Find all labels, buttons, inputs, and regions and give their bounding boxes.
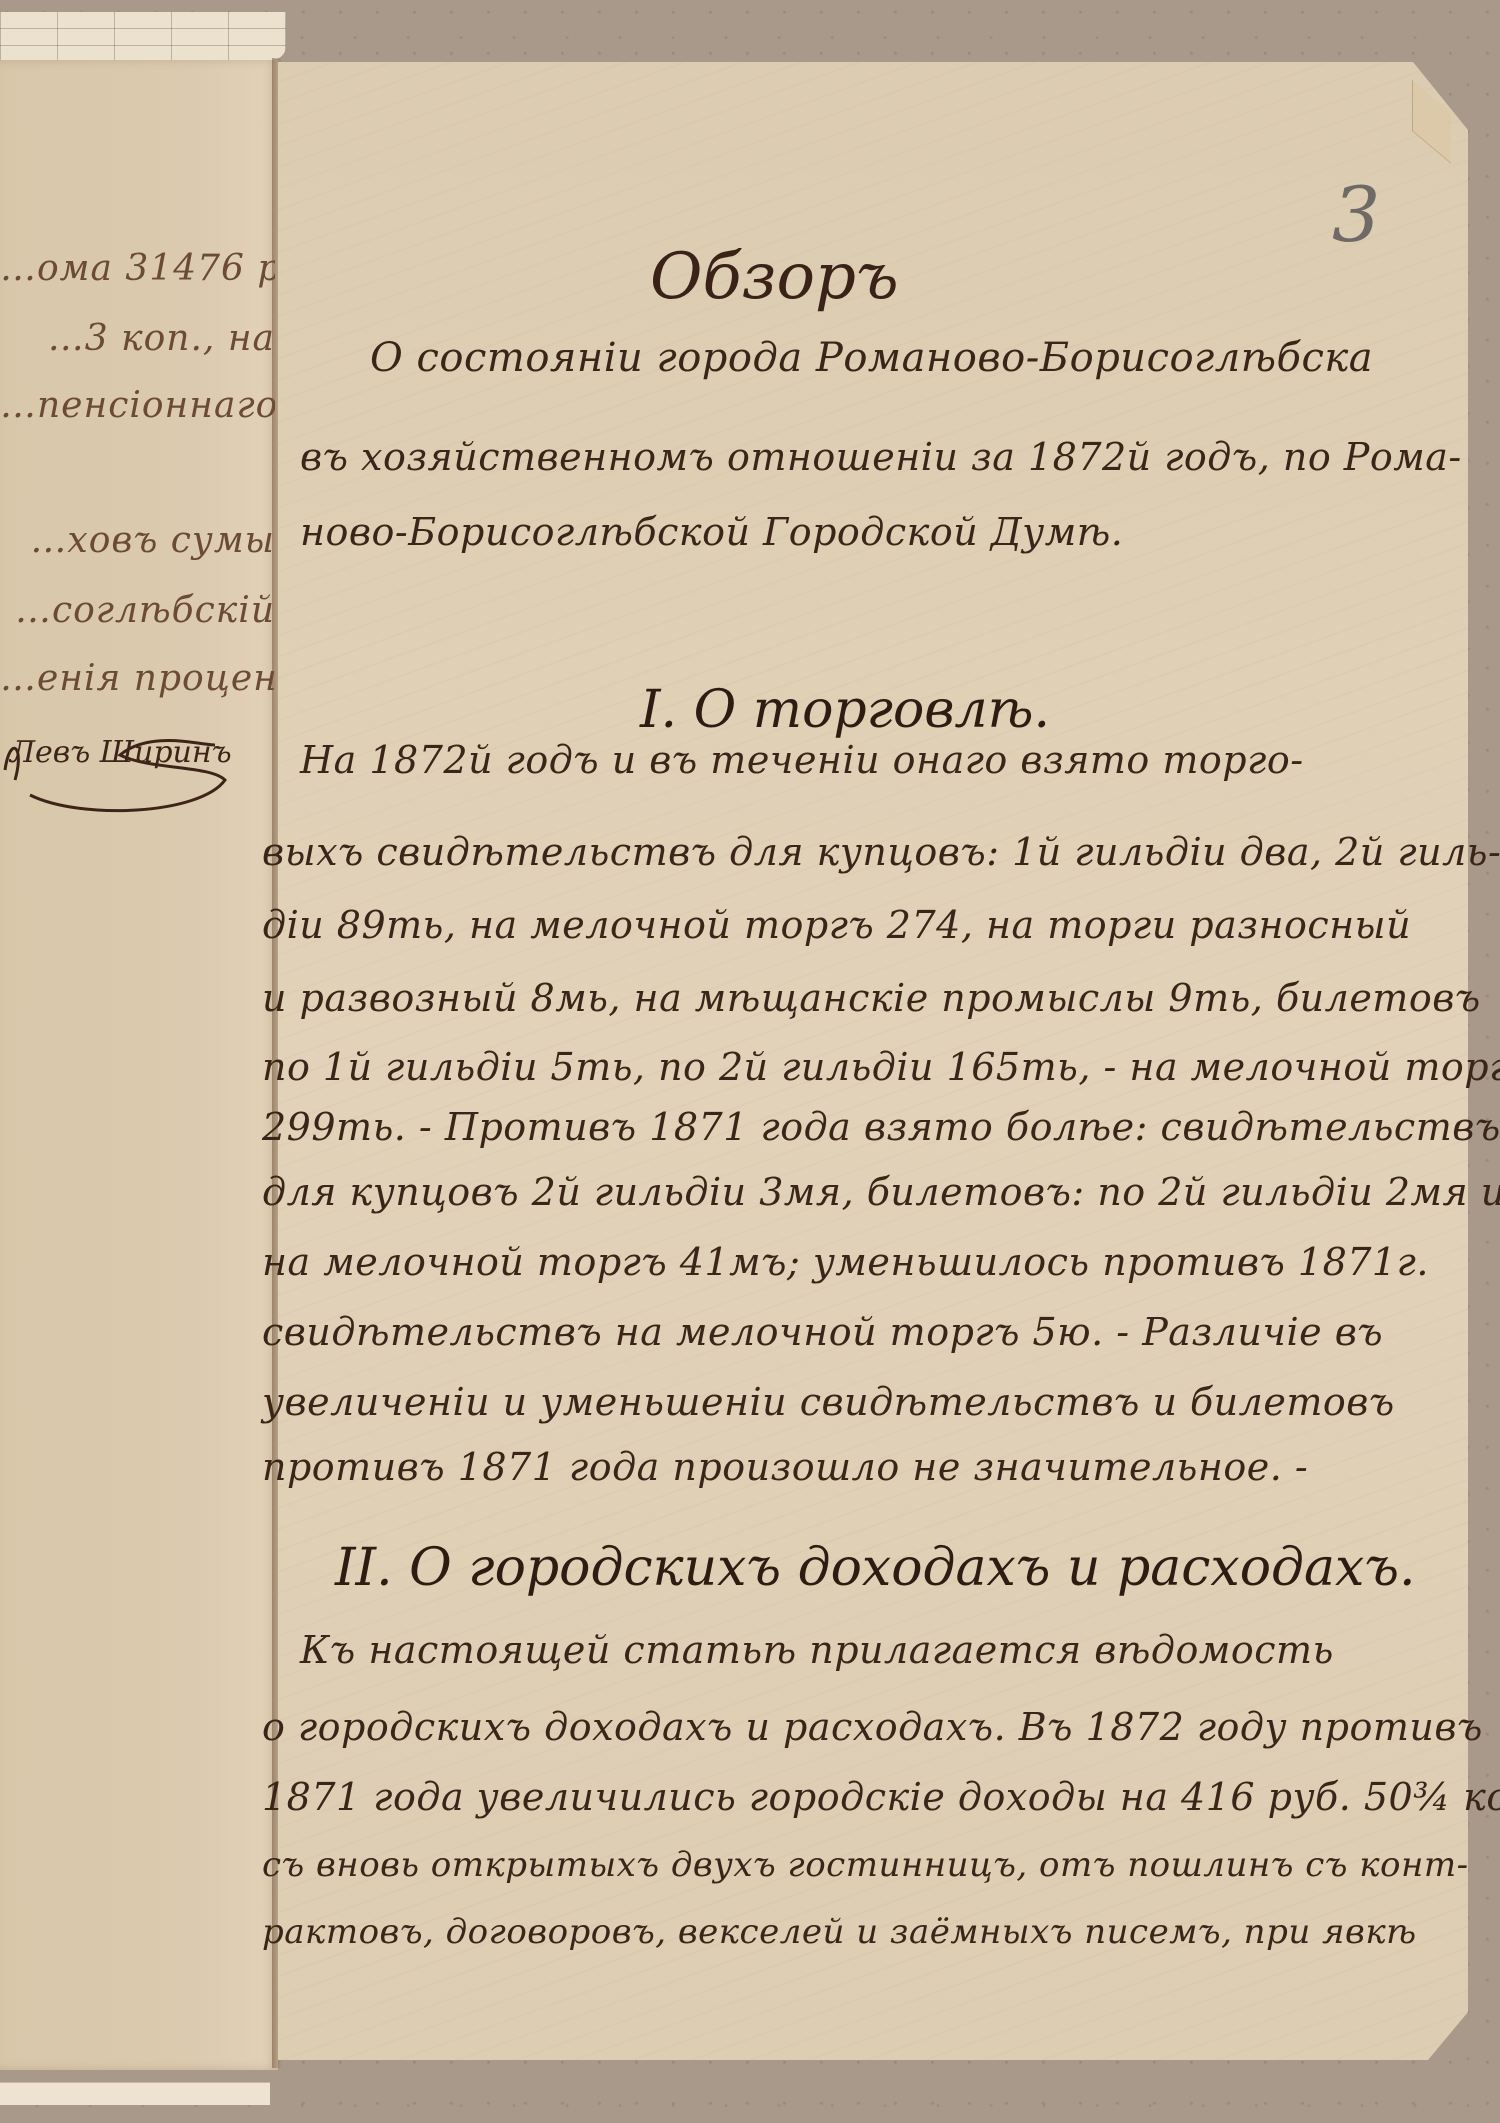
section-1-line: противъ 1871 года произошло не значитель…	[262, 1445, 1308, 1489]
section-1-line: по 1й гильдіи 5ть, по 2й гильдіи 165ть, …	[262, 1045, 1500, 1089]
section-1-line: 299ть. - Противъ 1871 года взято болѣе: …	[262, 1105, 1500, 1149]
left-page-line: …соглѣбскій	[0, 590, 275, 631]
section-1-line: для купцовъ 2й гильдіи 3мя, билетовъ: по…	[262, 1170, 1500, 1214]
section-2-line: Къ настоящей статьѣ прилагается вѣдомост…	[300, 1628, 1334, 1672]
left-page-line: …енія процен-	[0, 658, 275, 699]
left-page-line: …ома 31476 руб.	[0, 248, 275, 289]
section-2-line: рактовъ, договоровъ, векселей и заёмныхъ…	[262, 1912, 1417, 1952]
subtitle-line: О состояніи города Романово-Борисоглѣбск…	[370, 335, 1373, 381]
section-1-line: свидѣтельствъ на мелочной торгъ 5ю. - Ра…	[262, 1310, 1383, 1354]
section-2-line: съ вновь открытыхъ двухъ гостинницъ, отъ…	[262, 1845, 1469, 1885]
subtitle-line: въ хозяйственномъ отношеніи за 1872й год…	[300, 435, 1462, 479]
section-2-line: о городскихъ доходахъ и расходахъ. Въ 18…	[262, 1705, 1483, 1749]
left-page-line: …пенсіоннаго	[0, 385, 275, 426]
signature: Левъ Ширинъ	[0, 725, 240, 815]
document-title: Обзоръ	[650, 240, 899, 314]
section-heading-trade: I. О торговлѣ.	[640, 680, 1050, 740]
section-1-line: увеличеніи и уменьшеніи свидѣтельствъ и …	[262, 1380, 1395, 1424]
section-1-line: и развозный 8мь, на мѣщанскіе промыслы 9…	[262, 976, 1481, 1020]
section-1-line: выхъ свидѣтельствъ для купцовъ: 1й гильд…	[262, 830, 1500, 874]
section-1-line: діи 89ть, на мелочной торгъ 274, на торг…	[262, 903, 1411, 947]
section-heading-finances: II. О городскихъ доходахъ и расходахъ.	[335, 1538, 1416, 1598]
previous-page	[0, 60, 278, 2070]
left-page-line: …ховъ сумы	[0, 520, 275, 561]
section-1-line: На 1872й годъ и въ теченіи онаго взято т…	[300, 738, 1304, 782]
subtitle-line: ново-Борисоглѣбской Городской Думѣ.	[300, 510, 1123, 554]
section-2-line: 1871 года увеличились городскіе доходы н…	[262, 1775, 1500, 1819]
signature-text: Левъ Ширинъ	[10, 735, 232, 770]
section-1-line: на мелочной торгъ 41мъ; уменьшилось прот…	[262, 1240, 1429, 1284]
folio-number: 3	[1332, 170, 1380, 259]
binding-tape-top	[0, 12, 286, 60]
binding-tape-bottom	[0, 2082, 270, 2105]
left-page-line: …3 коп., на	[0, 318, 275, 359]
